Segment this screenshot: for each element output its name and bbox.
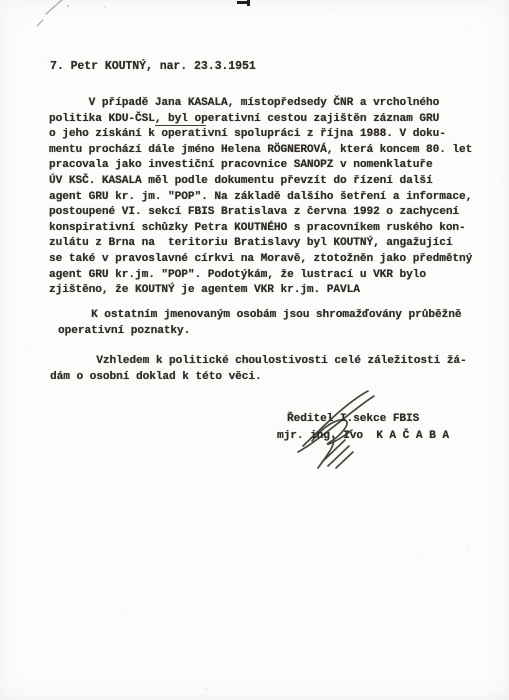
scan-speck bbox=[500, 180, 502, 182]
text-line: operativní poznatky. bbox=[58, 323, 461, 339]
text-line: konspirativní schůzky Petra KOUTNÉHO s p… bbox=[49, 221, 472, 237]
page-top-cut-mark bbox=[247, 0, 250, 6]
text-line: zulátu z Brna na teritoriu Bratislavy by… bbox=[49, 236, 472, 252]
scan-speck bbox=[420, 556, 422, 558]
scan-speck bbox=[333, 9, 335, 11]
scan-speck bbox=[104, 6, 106, 8]
text-line: dám o osobní doklad k této věci. bbox=[50, 369, 467, 385]
scan-speck bbox=[12, 254, 14, 256]
scanned-document-page: 7. Petr KOUTNÝ, nar. 23.3.1951 V případě… bbox=[0, 0, 509, 700]
scan-speck bbox=[205, 688, 208, 690]
paragraph-case-description: V případě Jana KASALA, místopředsedy ČNR… bbox=[49, 96, 472, 299]
text-line: postoupené VI. sekcí FBIS Bratislava z č… bbox=[49, 205, 472, 221]
text-line: Vzhledem k politické choulostivosti celé… bbox=[50, 353, 467, 369]
scan-speck bbox=[30, 350, 32, 352]
signature-name: mjr. ing. Ivo K A Č A B A bbox=[277, 429, 449, 445]
scan-speck bbox=[123, 608, 125, 610]
text-line: ÚV KSČ. KASALA měl podle dokumentu převz… bbox=[49, 174, 472, 190]
scan-speck bbox=[295, 38, 297, 40]
text-line: V případě Jana KASALA, místopředsedy ČNR… bbox=[49, 96, 472, 112]
scan-speck bbox=[466, 547, 469, 549]
text-line: zjištěno, že KOUTNÝ je agentem VKR kr.jm… bbox=[49, 283, 472, 299]
text-line: mentu prochází dále jméno Helena RÖGNERO… bbox=[49, 143, 472, 159]
text-line: K ostatním jmenovaným osobám jsou shroma… bbox=[58, 307, 461, 323]
text-line: o jeho získání k operativní spolupráci z… bbox=[49, 127, 472, 143]
diagonal-pen-mark bbox=[37, 0, 69, 26]
text-line: agent GRU kr.jm. "POP". Podotýkám, že lu… bbox=[49, 268, 472, 284]
paragraph-request: Vzhledem k politické choulostivosti celé… bbox=[50, 353, 467, 386]
text-line: agent GRU kr. jm. "POP". Na základě dalš… bbox=[49, 190, 472, 206]
typewriter-underline-mark bbox=[155, 125, 206, 127]
text-line: pracovala jako investiční pracovnice SAN… bbox=[49, 158, 472, 174]
text-line: politika KDU-ČSL, byl operativní cestou … bbox=[49, 112, 472, 128]
signature-title: Ředitel I.sekce FBIS bbox=[287, 412, 419, 428]
paragraph-operative-notes: K ostatním jmenovaným osobám jsou shroma… bbox=[58, 307, 461, 340]
text-line: se také v pravoslavné církvi na Moravě, … bbox=[49, 252, 472, 268]
scan-speck bbox=[463, 29, 466, 31]
scan-speck bbox=[41, 62, 44, 63]
document-heading: 7. Petr KOUTNÝ, nar. 23.3.1951 bbox=[50, 59, 256, 75]
